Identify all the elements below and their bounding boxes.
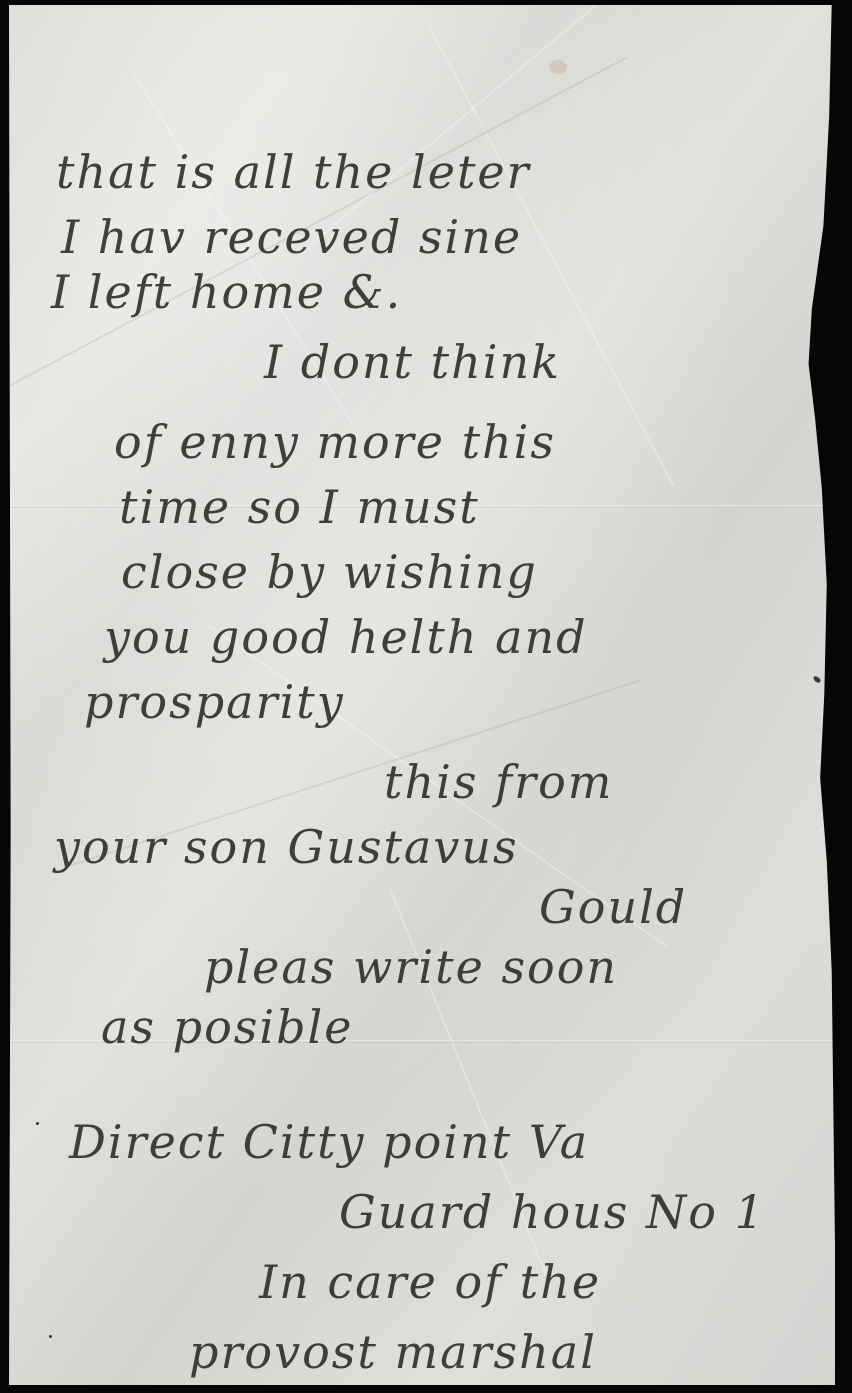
- letter-line: In care of the: [259, 1255, 601, 1309]
- letter-line: as posible: [101, 1000, 354, 1054]
- letter-line: close by wishing: [121, 545, 538, 599]
- letter-line: I hav receved sine: [61, 210, 522, 264]
- letter-line: time so I must: [119, 480, 480, 534]
- letter-line: of enny more this: [114, 415, 556, 469]
- letter-line: Gould: [539, 880, 687, 934]
- letter-text: that is all the leter I hav receved sine…: [9, 5, 835, 1385]
- letter-line: I dont think: [264, 335, 561, 389]
- letter-line: Direct Citty point Va: [69, 1115, 589, 1169]
- letter-line: that is all the leter: [56, 145, 531, 199]
- letter-line: you good helth and: [104, 610, 588, 664]
- scanned-letter: that is all the leter I hav receved sine…: [0, 0, 852, 1393]
- letter-line: prosparity: [84, 675, 345, 729]
- letter-page: that is all the leter I hav receved sine…: [9, 5, 835, 1385]
- letter-line: I left home &.: [51, 265, 402, 319]
- letter-line: provost marshal: [189, 1325, 597, 1379]
- letter-line: your son Gustavus: [54, 820, 519, 874]
- letter-line: Guard hous No 1: [339, 1185, 766, 1239]
- letter-line: this from: [384, 755, 613, 809]
- letter-line: pleas write soon: [204, 940, 618, 994]
